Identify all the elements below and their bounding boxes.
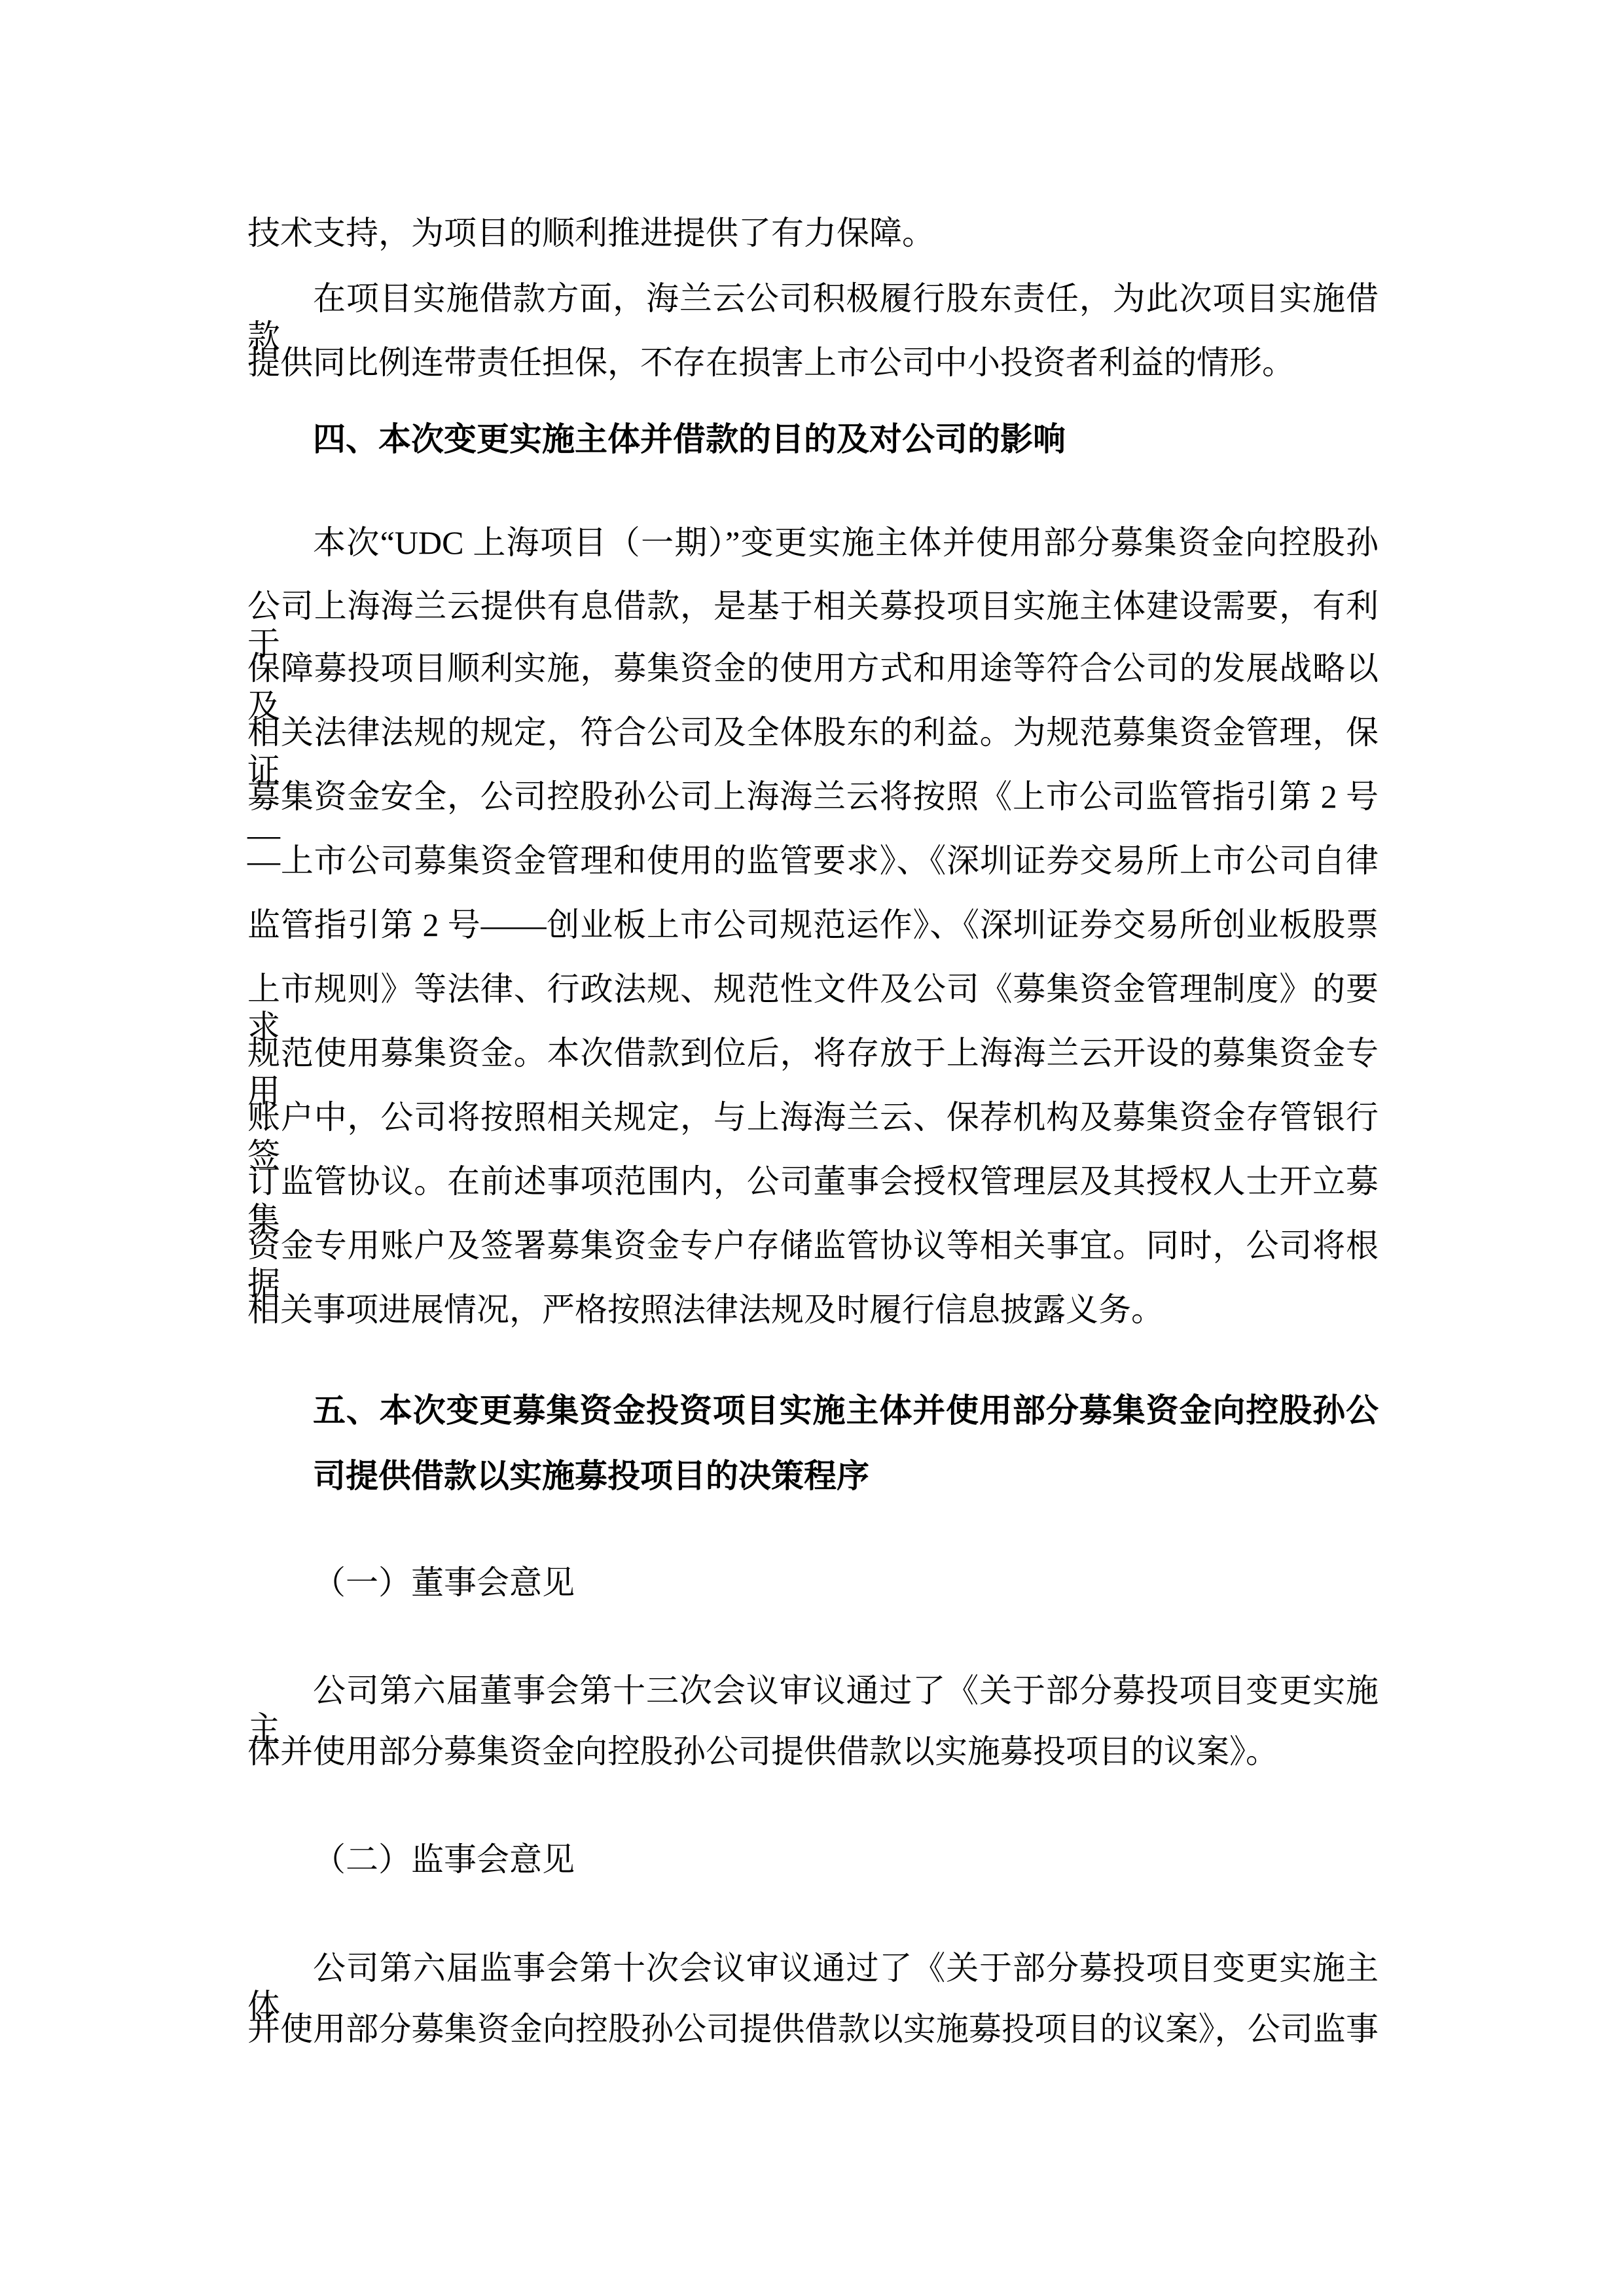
section-heading-four: 四、本次变更实施主体并借款的目的及对公司的影响: [247, 420, 1379, 458]
subsection-heading-supervisory-opinion: （二）监事会意见: [313, 1840, 575, 1878]
document-page: 技术支持，为项目的顺利推进提供了有力保障。 在项目实施借款方面，海兰云公司积极履…: [0, 0, 1624, 2296]
paragraph-line: 并使用部分募集资金向控股孙公司提供借款以实施募投项目的议案》，公司监事: [247, 2010, 1379, 2048]
paragraph-line: 提供同比例连带责任担保，不存在损害上市公司中小投资者利益的情形。: [247, 344, 1379, 382]
paragraph-line: 相关事项进展情况，严格按照法律法规及时履行信息披露义务。: [247, 1291, 1379, 1329]
paragraph-line: 本次“UDC 上海项目（一期）”变更实施主体并使用部分募集资金向控股孙: [247, 524, 1379, 562]
paragraph-line: —上市公司募集资金管理和使用的监管要求》、《深圳证券交易所上市公司自律: [247, 842, 1379, 880]
paragraph-line: 体并使用部分募集资金向控股孙公司提供借款以实施募投项目的议案》。: [247, 1732, 1379, 1770]
section-heading-five-line2: 司提供借款以实施募投项目的决策程序: [313, 1457, 869, 1495]
paragraph-line: 技术支持，为项目的顺利推进提供了有力保障。: [247, 214, 1379, 252]
paragraph-line: 监管指引第 2 号——创业板上市公司规范运作》、《深圳证券交易所创业板股票: [247, 906, 1379, 944]
subsection-heading-board-opinion: （一）董事会意见: [313, 1564, 575, 1602]
section-heading-five-line1: 五、本次变更募集资金投资项目实施主体并使用部分募集资金向控股孙公: [247, 1391, 1379, 1429]
